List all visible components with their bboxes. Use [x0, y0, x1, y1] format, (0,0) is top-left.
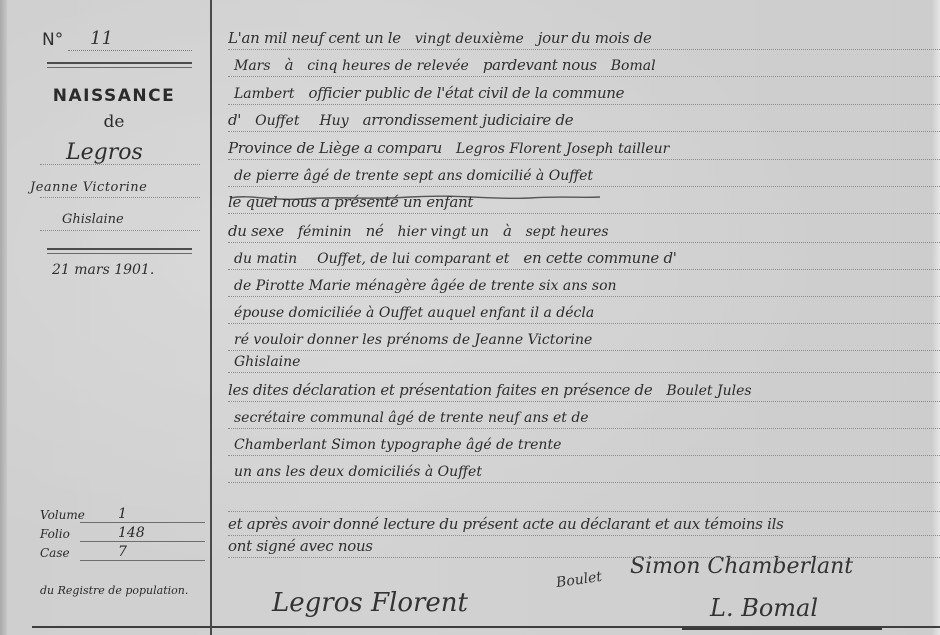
name-line: [40, 197, 200, 198]
ruled-line: [228, 401, 940, 402]
volume-line: [80, 522, 205, 523]
body-bottom-rule: [212, 626, 940, 628]
handwritten-entry: féminin: [292, 224, 358, 240]
act-text-line: Ghislaine: [228, 351, 940, 377]
act-text-line: de Pirotte Marie ménagère âgée de trente…: [228, 275, 940, 301]
case-label: Case: [40, 546, 70, 560]
act-text-line: Province de Liège a comparuLegros Floren…: [228, 138, 940, 164]
margin-column: N° 11 NAISSANCE de Legros Jeanne Victori…: [0, 0, 210, 635]
printed-text: à: [503, 222, 512, 240]
margin-rule-bottom: [47, 248, 192, 254]
officer-signature-flourish: [682, 628, 882, 630]
ruled-line: [228, 213, 940, 214]
handwritten-entry: Boulet Jules: [660, 383, 757, 399]
act-text-line: secrétaire communal âgé de trente neuf a…: [228, 407, 940, 433]
handwritten-entry: épouse domiciliée à Ouffet auquel enfant…: [228, 305, 600, 321]
printed-text: à: [285, 56, 294, 74]
act-text-line: les dites déclaration et présentation fa…: [228, 380, 940, 406]
ruled-line: [228, 428, 940, 429]
folio-line: [80, 541, 205, 542]
handwritten-entry: hier vingt un: [392, 224, 495, 240]
handwritten-entry: Legros Florent Joseph tailleur: [450, 141, 675, 157]
act-number: N° 11: [42, 30, 202, 54]
act-number-label: N°: [42, 30, 63, 50]
printed-text: pardevant nous: [483, 56, 597, 74]
ruled-line: [228, 511, 940, 512]
printed-text: en cette commune d': [523, 249, 676, 267]
ruled-line: [228, 323, 940, 324]
handwritten-entry: ré vouloir donner les prénoms de Jeanne …: [228, 332, 598, 348]
handwritten-entry: Bomal: [605, 58, 662, 74]
act-text-line: de pierre âgé de trente sept ans domicil…: [228, 165, 940, 191]
register-page: N° 11 NAISSANCE de Legros Jeanne Victori…: [0, 0, 940, 635]
ruled-line: [228, 104, 940, 105]
act-text-line: du sexefémininnéhier vingt unàsept heure…: [228, 221, 940, 247]
act-text-line: Chamberlant Simon typographe âgé de tren…: [228, 434, 940, 460]
act-type-heading: NAISSANCE: [0, 86, 228, 106]
act-text-line: le quel nous a présenté un enfant: [228, 192, 940, 218]
printed-text: ont signé avec nous: [228, 537, 373, 555]
margin-rule-top: [47, 62, 192, 68]
child-given-names-2: Ghislaine: [62, 212, 124, 227]
register-footer: du Registre de population.: [40, 584, 188, 597]
register-case: Case 7: [40, 546, 212, 565]
handwritten-entry: de pierre âgé de trente sept ans domicil…: [228, 168, 599, 184]
printed-text: les dites déclaration et présentation fa…: [228, 381, 652, 399]
act-date: 21 mars 1901.: [52, 262, 154, 278]
signature-witness-1: Boulet: [555, 569, 603, 591]
handwritten-entry: secrétaire communal âgé de trente neuf a…: [228, 410, 595, 426]
child-surname: Legros: [66, 140, 143, 165]
folio-value: 148: [118, 525, 145, 541]
handwritten-entry: Huy: [313, 113, 354, 129]
volume-label: Volume: [40, 508, 85, 522]
printed-text: L'an mil neuf cent un le: [228, 29, 401, 47]
ruled-line: [228, 557, 940, 558]
signature-declarant: Legros Florent: [272, 588, 468, 618]
margin-bottom-rule: [32, 626, 210, 628]
handwritten-entry: Ouffet, de lui comparant et: [311, 251, 515, 267]
case-value: 7: [118, 544, 127, 560]
act-text-line: un ans les deux domiciliés à Ouffet: [228, 461, 940, 487]
population-register-ref: Volume 1 Folio 148 Case 7 du Registre de…: [40, 508, 212, 565]
printed-text: né: [366, 222, 384, 240]
ruled-line: [228, 455, 940, 456]
act-text-line: d'OuffetHuyarrondissement judiciaire de: [228, 110, 940, 136]
printed-text: d': [228, 111, 241, 129]
printed-text: et après avoir donné lecture du présent …: [228, 515, 783, 533]
act-text-line: Lambertofficier public de l'état civil d…: [228, 83, 940, 109]
handwritten-entry: un ans les deux domiciliés à Ouffet: [228, 464, 488, 480]
printed-text: du sexe: [228, 222, 284, 240]
act-text-line: [228, 490, 940, 516]
printed-text: le quel nous a présenté un enfant: [228, 193, 473, 211]
signature-officer: L. Bomal: [710, 594, 818, 622]
ruled-line: [228, 296, 940, 297]
handwritten-entry: Chamberlant Simon typographe âgé de tren…: [228, 437, 567, 453]
case-line: [80, 560, 205, 561]
ruled-line: [228, 269, 940, 270]
child-given-names-1: Jeanne Victorine: [30, 180, 147, 195]
ruled-line: [228, 242, 940, 243]
name-line: [40, 230, 200, 231]
act-text-line: ont signé avec nous: [228, 536, 940, 562]
act-text-line: L'an mil neuf cent un levingt deuxièmejo…: [228, 28, 940, 54]
act-body: Legros Florent Boulet Simon Chamberlant …: [212, 0, 940, 635]
handwritten-entry: Ouffet: [249, 113, 305, 129]
handwritten-entry: Lambert: [228, 86, 300, 102]
ruled-line: [228, 186, 940, 187]
act-text-line: Marsàcinq heures de relevéepardevant nou…: [228, 55, 940, 81]
printed-text: arrondissement judiciaire de: [363, 111, 574, 129]
act-type-de: de: [0, 112, 228, 132]
printed-text: Province de Liège a comparu: [228, 139, 442, 157]
act-text-line: épouse domiciliée à Ouffet auquel enfant…: [228, 302, 940, 328]
printed-text: jour du mois de: [538, 29, 652, 47]
ruled-line: [228, 49, 940, 50]
signature-area: Legros Florent Boulet Simon Chamberlant …: [212, 560, 940, 635]
act-text-line: du matinOuffet, de lui comparant eten ce…: [228, 248, 940, 274]
ruled-line: [228, 131, 940, 132]
ruled-line: [228, 76, 940, 77]
handwritten-entry: du matin: [228, 251, 303, 267]
folio-label: Folio: [40, 527, 70, 541]
ruled-line: [228, 482, 940, 483]
handwritten-entry: Ghislaine: [228, 354, 306, 370]
handwritten-entry: cinq heures de relevée: [301, 58, 475, 74]
handwritten-entry: Mars: [228, 58, 277, 74]
ruled-line: [228, 159, 940, 160]
handwritten-entry: sept heures: [520, 224, 615, 240]
act-number-value: 11: [90, 28, 113, 49]
act-number-line: [68, 50, 192, 51]
handwritten-entry: vingt deuxième: [409, 31, 530, 47]
handwritten-entry: de Pirotte Marie ménagère âgée de trente…: [228, 278, 623, 294]
volume-value: 1: [118, 506, 127, 522]
ruled-line: [228, 372, 940, 373]
printed-text: officier public de l'état civil de la co…: [308, 84, 624, 102]
